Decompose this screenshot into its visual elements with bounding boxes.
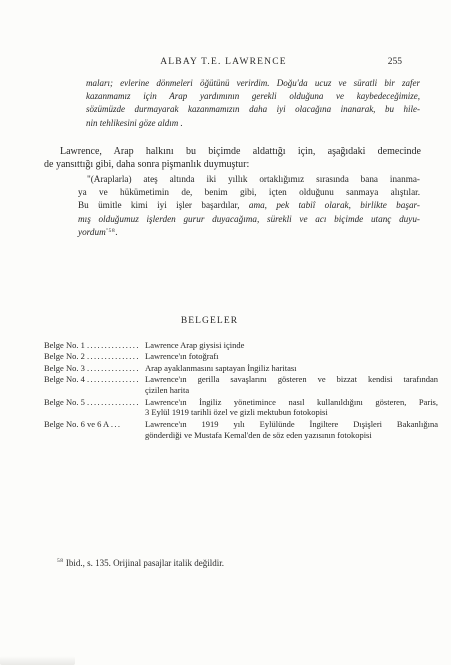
belge-label: Belge No. 5 ............... [44, 397, 145, 408]
footnote-marker: 58 [57, 558, 64, 564]
dot-leader: ............... [87, 374, 140, 384]
belge-desc-line: Lawrence'ın 1919 yılı Eylülünde İngilter… [145, 419, 438, 430]
dot-leader: ............... [87, 363, 140, 373]
paragraph-1: Lawrence, Arap halkını bu biçimde aldatt… [44, 145, 421, 171]
belge-number: Belge No. 5 [44, 397, 87, 407]
belge-desc-line: gönderdiği ve Mustafa Kemal'den de söz e… [145, 430, 438, 441]
belge-description: Lawrence'ın fotoğrafı [145, 351, 438, 362]
text-line: kazanmamız için Arap yardımının gerekli … [86, 90, 420, 103]
quote-block-1: maları; evlerine dönmeleri öğütünü verir… [86, 77, 420, 130]
text-line: mış olduğumuz işlerden gurur duyacağıma,… [78, 213, 420, 226]
belge-label: Belge No. 6 ve 6 A ... [44, 419, 145, 430]
belge-label: Belge No. 4 ............... [44, 374, 145, 385]
running-title: ALBAY T.E. LAWRENCE [45, 57, 402, 67]
belge-item: Belge No. 6 ve 6 A ...Lawrence'ın 1919 y… [44, 419, 438, 441]
belge-item: Belge No. 2 ...............Lawrence'ın f… [44, 351, 438, 362]
belge-description: Lawrence Arap giysisi içinde [145, 340, 438, 351]
text-segment: mış olduğumuz işlerden gurur duyacağıma,… [78, 214, 420, 224]
text-line: "(Araplarla) ateş altında iki yıllık ort… [78, 173, 420, 186]
belge-label: Belge No. 3 ............... [44, 363, 145, 374]
text-line: nin tehlikesini göze aldım . [86, 117, 420, 130]
belge-item: Belge No. 5 ...............Lawrence'ın İ… [44, 397, 438, 419]
belge-item: Belge No. 3 ...............Arap ayaklanm… [44, 363, 438, 374]
belge-description: Arap ayaklanmasını saptayan İngiliz hari… [145, 363, 438, 374]
quote-block-2: "(Araplarla) ateş altında iki yıllık ort… [78, 173, 420, 241]
text-line: ya ve hükümetimin de, benim gibi, içten … [78, 186, 420, 199]
text-line: maları; evlerine dönmeleri öğütünü verir… [86, 77, 420, 90]
dot-leader: ... [111, 419, 122, 429]
text-segment: de yansıttığı gibi, daha sonra pişmanlık… [44, 159, 249, 170]
dot-leader: ............... [87, 351, 140, 361]
belge-number: Belge No. 1 [44, 340, 87, 350]
scan-artifact [0, 656, 75, 665]
belge-item: Belge No. 1 ...............Lawrence Arap… [44, 340, 438, 351]
belge-desc-line: 3 Eylül 1919 tarihli özel ve gizli mektu… [145, 407, 438, 418]
belgeler-list: Belge No. 1 ...............Lawrence Arap… [44, 340, 438, 441]
belge-description: Lawrence'ın gerilla savaşlarını gösteren… [145, 374, 438, 396]
dot-leader: ............... [87, 340, 140, 350]
belge-number: Belge No. 6 ve 6 A [44, 419, 111, 429]
footnote-text: Ibid., s. 135. Orijinal pasajlar italik … [66, 558, 224, 568]
text-segment: yordum [78, 227, 106, 237]
belge-number: Belge No. 2 [44, 351, 87, 361]
text-segment: Lawrence, Arap halkını bu biçimde aldatt… [60, 146, 421, 157]
belge-desc-line: Lawrence'ın fotoğrafı [145, 351, 438, 362]
belgeler-heading: BELGELER [21, 316, 398, 326]
book-page: ALBAY T.E. LAWRENCE 255 maları; evlerine… [0, 0, 451, 665]
text-segment: nin tehlikesini göze aldım . [86, 118, 183, 128]
belge-number: Belge No. 3 [44, 363, 87, 373]
text-segment: kazanmamız için Arap yardımının gerekli … [86, 91, 420, 101]
text-line: yordum"58. [78, 226, 420, 241]
belge-label: Belge No. 2 ............... [44, 351, 145, 362]
belge-description: Lawrence'ın 1919 yılı Eylülünde İngilter… [145, 419, 438, 441]
belge-desc-line: Lawrence'ın gerilla savaşlarını gösteren… [145, 374, 438, 385]
page-number: 255 [388, 57, 402, 67]
text-line: de yansıttığı gibi, daha sonra pişmanlık… [44, 158, 421, 171]
footnote: 58 Ibid., s. 135. Orijinal pasajlar ital… [57, 558, 397, 568]
belge-label: Belge No. 1 ............... [44, 340, 145, 351]
dot-leader: ............... [87, 397, 140, 407]
belge-desc-line: çizilen harita [145, 385, 438, 396]
text-segment: ama, pek tabiî olarak, birlikte başar- [249, 200, 420, 210]
belge-description: Lawrence'ın İngiliz yönetimince nasıl ku… [145, 397, 438, 419]
page-header: ALBAY T.E. LAWRENCE 255 [45, 57, 420, 70]
belge-number: Belge No. 4 [44, 374, 87, 384]
text-line: sözümüzde durmayarak kazanmamızın daha i… [86, 103, 420, 116]
text-segment: Bu ümitle kimi iyi işler başardılar, [78, 200, 249, 210]
text-segment: ya ve hükümetimin de, benim gibi, içten … [78, 187, 420, 197]
text-segment: sözümüzde durmayarak kazanmamızın daha i… [86, 104, 420, 114]
belge-item: Belge No. 4 ...............Lawrence'ın g… [44, 374, 438, 396]
text-line: Bu ümitle kimi iyi işler başardılar, ama… [78, 199, 420, 212]
belge-desc-line: Arap ayaklanmasını saptayan İngiliz hari… [145, 363, 438, 374]
text-line: Lawrence, Arap halkını bu biçimde aldatt… [44, 145, 421, 158]
belge-desc-line: Lawrence'ın İngiliz yönetimince nasıl ku… [145, 397, 438, 408]
text-segment: "(Araplarla) ateş altında iki yıllık ort… [87, 174, 420, 184]
footnote-ref: "58 [106, 228, 116, 234]
belge-desc-line: Lawrence Arap giysisi içinde [145, 340, 438, 351]
text-segment: maları; evlerine dönmeleri öğütünü verir… [86, 78, 420, 88]
text-segment: . [115, 227, 117, 237]
